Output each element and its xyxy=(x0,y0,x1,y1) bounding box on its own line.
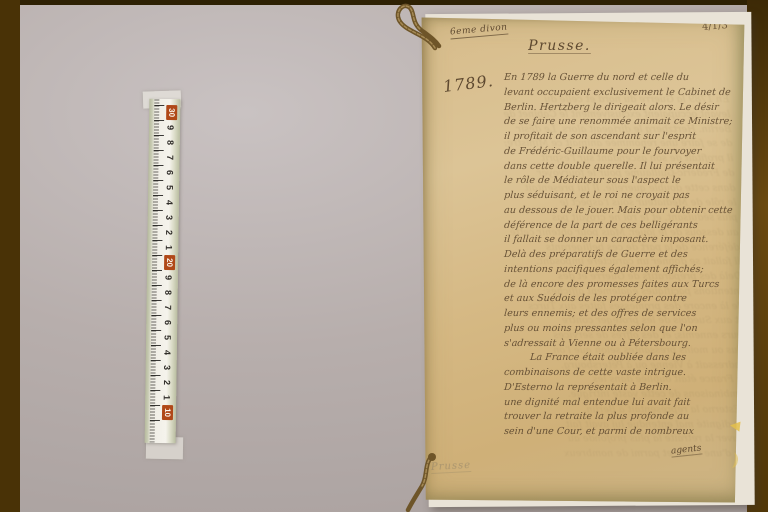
manuscript-line: le rôle de Médiateur sous l'aspect le xyxy=(503,174,744,189)
yellow-arrow-marker-icon xyxy=(729,420,740,431)
manuscript-line: de là encore des promesses faites aux Tu… xyxy=(503,278,744,293)
manuscript-line: s'adressait à Vienne ou à Pétersbourg. xyxy=(503,337,744,352)
ruler-label: 20 xyxy=(164,255,175,270)
centimetre-ruler: 309876543212098765432110 xyxy=(145,99,181,443)
manuscript-line: D'Esterno la représentait à Berlin. xyxy=(503,381,744,396)
manuscript-line: intentions pacifiques également affichés… xyxy=(503,263,744,278)
manuscript-line: et aux Suédois de les protéger contre xyxy=(503,292,744,307)
manuscript-line: levant occupaient exclusivement le Cabin… xyxy=(503,86,744,101)
manuscript-line: plus ou moins pressantes selon que l'on xyxy=(503,322,744,337)
manuscript-line: Berlin. Hertzberg le dirigeait alors. Le… xyxy=(503,101,744,116)
manuscript-line: de se faire une renommée animait ce Mini… xyxy=(503,115,744,130)
manuscript-line: plus séduisant, et le roi ne croyait pas xyxy=(503,189,744,204)
manuscript-line: Delà des préparatifs de Guerre et des xyxy=(503,248,744,263)
page-title: Prusse. xyxy=(420,38,699,54)
ruler-label: 2 xyxy=(162,225,177,239)
ruler-label: 9 xyxy=(161,270,176,284)
ruler-label: 30 xyxy=(166,105,177,120)
manuscript-line: La France était oubliée dans les xyxy=(503,351,744,366)
manuscript-line: de Frédéric-Guillaume pour le fourvoyer xyxy=(503,145,744,160)
photo-frame-left xyxy=(0,0,20,512)
manuscript-line: au dessous de le jouer. Mais pour obteni… xyxy=(503,204,744,219)
manuscript-line: il profitait de son ascendant sur l'espr… xyxy=(503,130,744,145)
ruler-label: 4 xyxy=(160,345,175,359)
ruler-label: 7 xyxy=(161,300,176,314)
manuscript-line: combinaisons de cette vaste intrigue. xyxy=(503,366,744,381)
ruler-label: 8 xyxy=(163,135,178,149)
ruler-label: 4 xyxy=(162,195,177,209)
manuscript-line: leurs ennemis; et des offres de services xyxy=(503,307,744,322)
ruler-label: 3 xyxy=(162,210,177,224)
ruler-label: 6 xyxy=(161,315,176,329)
manuscript-line: déférence de la part de ces belligérants xyxy=(503,219,744,234)
photograph-scene: 309876543212098765432110 En 1789 la Guer… xyxy=(0,0,768,512)
ruler-label: 9 xyxy=(163,121,178,135)
ruler-label: 8 xyxy=(161,285,176,299)
pencil-annotation: Prusse xyxy=(431,460,472,474)
ruler-label: 10 xyxy=(161,405,172,420)
manuscript-line: sein d'une Cour, et parmi de nombreux xyxy=(503,425,744,440)
ruler-label: 3 xyxy=(160,360,175,374)
photo-frame-top xyxy=(0,0,768,5)
manuscript-line: trouver la retraite la plus profonde au xyxy=(503,410,744,425)
manuscript-line: dans cette double querelle. Il lui prése… xyxy=(503,160,744,175)
manuscript-page: En 1789 la Guerre du nord et celle dulev… xyxy=(420,15,745,504)
ruler-label: 7 xyxy=(163,150,178,164)
ruler-labels: 309876543212098765432110 xyxy=(160,105,178,420)
division-annotation: 6eme divon xyxy=(450,23,509,40)
manuscript-line: il fallait se donner un caractère imposa… xyxy=(503,233,744,248)
ruler-label: 6 xyxy=(163,165,178,179)
ruler-label: 1 xyxy=(162,240,177,254)
ruler-label: 1 xyxy=(160,390,175,404)
manuscript-line: En 1789 la Guerre du nord et celle du xyxy=(503,71,744,86)
manuscript-line: une dignité mal entendue lui avait fait xyxy=(503,396,744,411)
ruler-label: 5 xyxy=(163,180,178,194)
manuscript-body-text: En 1789 la Guerre du nord et celle dulev… xyxy=(504,71,744,440)
ruler-label: 2 xyxy=(160,375,175,389)
ruler-label: 5 xyxy=(160,330,175,344)
